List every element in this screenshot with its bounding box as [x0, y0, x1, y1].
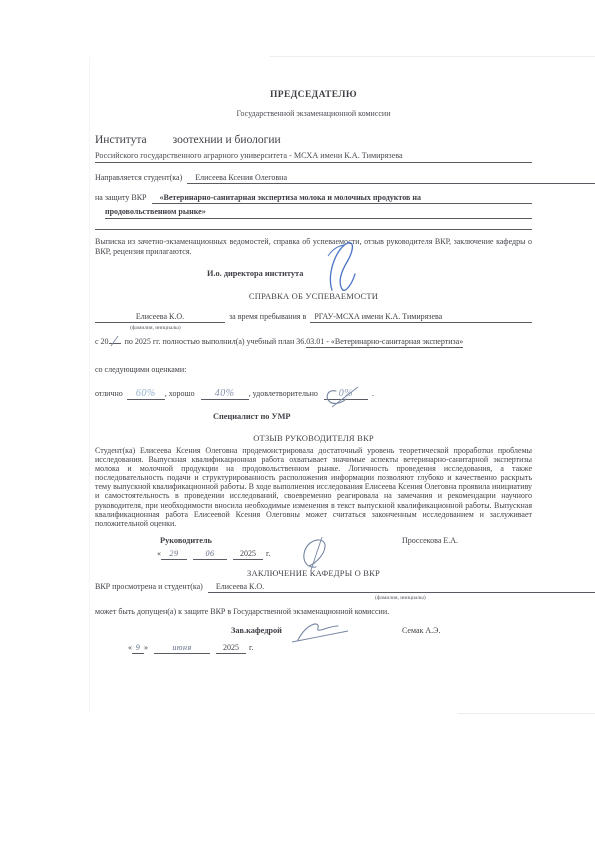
- student-label: Направляется студент(ка): [95, 172, 182, 183]
- blank-underline: [95, 220, 532, 230]
- supervisor-date-day: 29: [161, 548, 187, 560]
- umr-label: Специалист по УМР: [213, 411, 532, 422]
- scan-edge-top: [270, 56, 595, 57]
- plan-code-name: 03.01 - «Ветеринарно-санитарная эксперти…: [306, 336, 463, 348]
- university-line: Российского государственного аграрного у…: [95, 150, 532, 163]
- head-date-day: 9: [132, 642, 144, 654]
- study-period-line: с 20 по 2025 гг. полностью выполнил(а) у…: [95, 336, 532, 348]
- student-referral-line: Направляется студент(ка) Елисеева Ксения…: [95, 172, 595, 184]
- reviewed-label: ВКР просмотрена и студент(ка): [95, 581, 203, 592]
- grades-intro: со следующими оценками:: [95, 364, 532, 375]
- head-date-line: « 9 » июня 2025 г.: [128, 642, 532, 654]
- review-title: ОТЗЫВ РУКОВОДИТЕЛЯ ВКР: [95, 433, 532, 444]
- supervisor-date-suffix: г.: [266, 548, 270, 559]
- progress-student-name: Елисеева К.О.: [95, 311, 225, 323]
- institute-line: Института зоотехнии и биологии: [95, 134, 532, 147]
- head-line: Зав.кафедрой Семак А.Э.: [95, 625, 532, 636]
- reviewed-line: ВКР просмотрена и студент(ка) Елисеева К…: [95, 581, 595, 593]
- progress-title: СПРАВКА ОБ УСПЕВАЕМОСТИ: [95, 291, 532, 302]
- grade-satisfactory-value: 0%: [324, 388, 368, 400]
- period-text: по 2025 гг. полностью выполнил(а) учебны…: [125, 336, 307, 347]
- conclusion-student-name: Елисеева К.О.: [208, 581, 595, 593]
- supervisor-name: Проссекова Е.А.: [402, 535, 458, 546]
- scan-edge-left: [89, 57, 90, 713]
- director-label: И.о. директора института: [207, 268, 532, 279]
- period-blank: [109, 343, 121, 344]
- progress-university: РГАУ-МСХА имени К.А. Тимирязева: [310, 311, 532, 323]
- supervisor-date-year: 2025: [233, 548, 263, 560]
- head-name: Семак А.Э.: [402, 625, 441, 636]
- thesis-line-2: продовольственном рынке»: [105, 204, 532, 219]
- thesis-line-1: на защиту ВКР «Ветеринарно-санитарная эк…: [95, 192, 532, 204]
- grade-excellent-label: отлично: [95, 388, 123, 399]
- conclusion-title: ЗАКЛЮЧЕНИЕ КАФЕДРЫ О ВКР: [95, 568, 532, 579]
- period-prefix: с 20: [95, 336, 109, 347]
- institute-name: зоотехнии и биологии: [173, 134, 281, 147]
- supervisor-date-month: 06: [193, 548, 227, 560]
- thesis-title-1: «Ветеринарно-санитарная экспертиза молок…: [152, 192, 533, 204]
- head-label: Зав.кафедрой: [231, 625, 282, 636]
- grade-good-label: , хорошо: [165, 388, 195, 399]
- grades-line: отлично 60% , хорошо 40% , удовлетворите…: [95, 388, 532, 400]
- head-date-suffix: г.: [249, 642, 253, 653]
- review-body: Студент(ка) Елисеева Ксения Олеговна про…: [95, 446, 532, 528]
- name-hint: (фамилия, инициалы): [130, 323, 532, 334]
- grade-excellent-value: 60%: [127, 388, 165, 400]
- conclusion-name-hint: (фамилия, инициалы): [375, 593, 532, 604]
- scan-edge-bottom: [458, 713, 595, 714]
- admission-text: может быть допущен(а) к защите ВКР в Гос…: [95, 606, 532, 617]
- handwritten-mark: [109, 335, 121, 347]
- head-date-year: 2025: [216, 642, 246, 654]
- grades-end: .: [372, 388, 374, 399]
- document-content: ПРЕДСЕДАТЕЛЮ Государственной экзаменацио…: [95, 90, 532, 654]
- head-date-close-quote: »: [144, 642, 148, 653]
- supervisor-label: Руководитель: [160, 535, 212, 546]
- head-date-month: июня: [154, 642, 210, 654]
- thesis-label: на защиту ВКР: [95, 192, 147, 203]
- student-name: Елисеева Ксения Олеговна: [187, 172, 595, 184]
- addressee-title: ПРЕДСЕДАТЕЛЮ: [95, 90, 532, 101]
- supervisor-line: Руководитель Проссекова Е.А.: [95, 535, 532, 546]
- stay-text: за время пребывания в: [229, 311, 306, 322]
- attachments-paragraph: Выписка из зачетно-экзаменационных ведом…: [95, 237, 532, 257]
- document-page: ПРЕДСЕДАТЕЛЮ Государственной экзаменацио…: [0, 0, 595, 841]
- grade-good-value: 40%: [201, 388, 249, 400]
- grade-satisfactory-label: , удовлетворительно: [249, 388, 318, 399]
- institute-label: Института: [95, 134, 147, 147]
- progress-student-line: Елисеева К.О. за время пребывания в РГАУ…: [95, 311, 532, 323]
- addressee-subtitle: Государственной экзаменационной комиссии: [95, 108, 532, 119]
- supervisor-date-line: « 29 06 2025 г.: [157, 548, 532, 560]
